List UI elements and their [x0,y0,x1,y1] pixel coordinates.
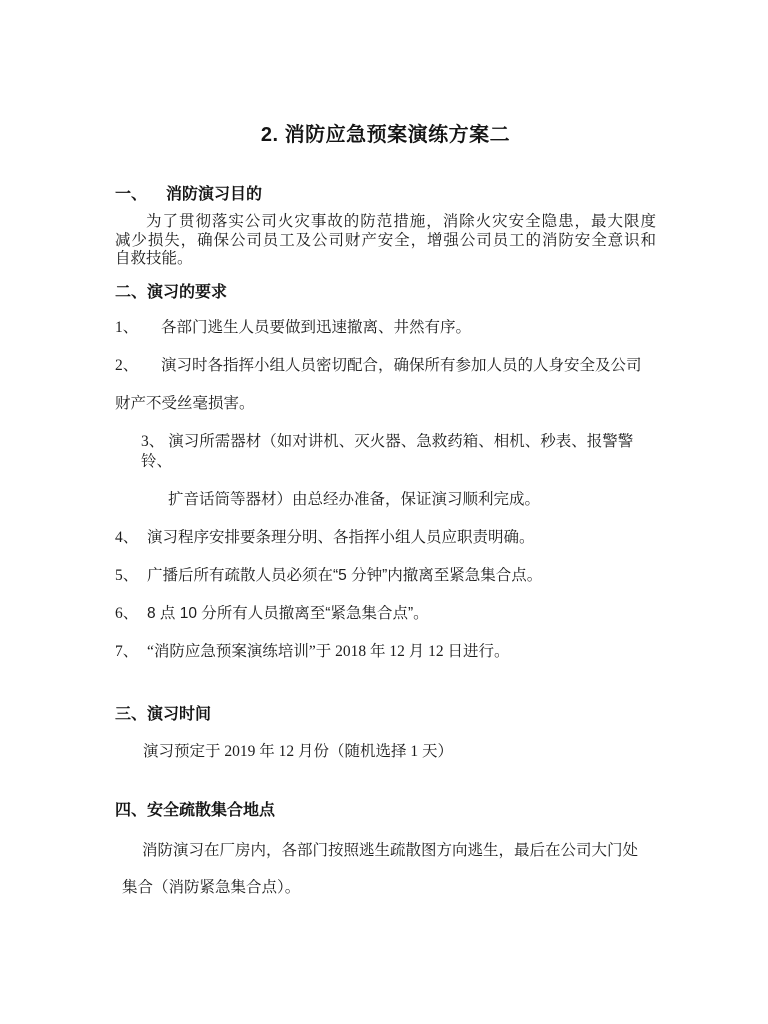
list-item-2-number: 2、 [115,356,161,376]
section-4-body-line-1: 消防演习在厂房内，各部门按照逃生疏散图方向逃生，最后在公司大门处 [142,841,656,861]
list-item-5-text: 广播后所有疏散人员必须在“5 分钟”内撤离至紧急集合点。 [147,567,542,584]
document-title: 2. 消防应急预案演练方案二 [115,122,656,148]
section-1-body-line-2: 减少损失，确保公司员工及公司财产安全，增强公司员工的消防安全意识和 [115,232,656,251]
section-1-heading: 一、消防演习目的 [115,185,656,204]
section-1-label: 一、 [115,185,166,204]
section-3-label: 三、 [115,706,147,723]
section-2-heading: 二、演习的要求 [115,283,656,302]
section-3-body: 演习预定于 2019 年 12 月份（随机选择 1 天） [143,742,656,762]
list-item-5: 5、广播后所有疏散人员必须在“5 分钟”内撤离至紧急集合点。 [115,566,656,586]
section-4-body-line-2: 集合（消防紧急集合点）。 [122,878,656,898]
list-item-1-text: 各部门逃生人员要做到迅速撤离、井然有序。 [161,319,471,336]
section-1-heading-text: 消防演习目的 [166,186,262,203]
list-item-6-number: 6、 [115,604,147,624]
list-item-3-text: 演习所需器材（如对讲机、灭火器、急救药箱、相机、秒表、报警警铃、 [141,433,633,470]
list-item-5-number: 5、 [115,566,147,586]
list-item-3: 3、演习所需器材（如对讲机、灭火器、急救药箱、相机、秒表、报警警铃、 [141,432,656,472]
section-2-heading-text: 演习的要求 [147,284,227,301]
list-item-7-number: 7、 [115,642,147,662]
list-item-1: 1、各部门逃生人员要做到迅速撤离、井然有序。 [115,318,656,338]
section-4-label: 四、 [115,802,147,819]
list-item-6: 6、8 点 10 分所有人员撤离至“紧急集合点”。 [115,604,656,624]
list-item-7-text: “消防应急预案演练培训”于 2018 年 12 月 12 日进行。 [147,643,510,660]
list-item-2-text: 演习时各指挥小组人员密切配合，确保所有参加人员的人身安全及公司 [161,357,642,374]
list-item-4: 4、演习程序安排要条理分明、各指挥小组人员应职责明确。 [115,528,656,548]
list-item-4-number: 4、 [115,528,147,548]
list-item-1-number: 1、 [115,318,161,338]
section-1-body-line-1: 为了贯彻落实公司火灾事故的防范措施，消除火灾安全隐患，最大限度 [115,213,656,232]
document-page: 2. 消防应急预案演练方案二 一、消防演习目的 为了贯彻落实公司火灾事故的防范措… [0,0,768,1024]
list-item-3-continuation: 扩音话筒等器材）由总经办准备，保证演习顺利完成。 [168,490,656,510]
section-3-heading: 三、演习时间 [115,705,656,724]
section-3-heading-text: 演习时间 [147,706,211,723]
section-4-heading-text: 安全疏散集合地点 [147,802,275,819]
list-item-3-number: 3、 [141,432,168,452]
section-2-label: 二、 [115,284,147,301]
list-item-2-continuation: 财产不受丝毫损害。 [115,394,656,414]
section-4-heading: 四、安全疏散集合地点 [115,801,656,820]
list-item-7: 7、“消防应急预案演练培训”于 2018 年 12 月 12 日进行。 [115,642,656,662]
list-item-6-text: 8 点 10 分所有人员撤离至“紧急集合点”。 [147,605,429,622]
list-item-4-text: 演习程序安排要条理分明、各指挥小组人员应职责明确。 [147,529,535,546]
list-item-2: 2、演习时各指挥小组人员密切配合，确保所有参加人员的人身安全及公司 [115,356,656,376]
section-1-body-line-3: 自救技能。 [115,250,656,269]
